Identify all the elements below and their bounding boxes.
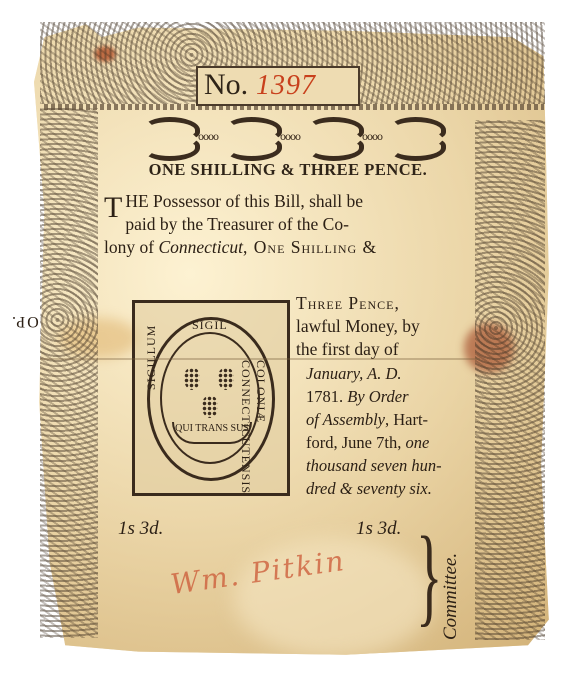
seal-inner-oval: QUI TRANS SUS [160,332,260,464]
body-text: ford, June 7th, [306,433,405,452]
seal-oval: SIGIL SIGILLUM COLONIÆ CONNECTICUTENSIS … [147,317,275,481]
committee-label: Committee. [440,553,462,640]
colony-seal: SIGIL SIGILLUM COLONIÆ CONNECTICUTENSIS … [132,300,290,496]
motto-banner: QUI TRANS SUS [172,422,252,444]
value-mark-left: 1s 3d. [118,518,163,540]
body-line: lawful Money, by [296,315,476,338]
body-line: dred & seventy six. [306,477,476,500]
dots-icon: oooo [280,132,300,143]
grapevine-icon [202,396,218,418]
repair-seam [40,358,480,360]
body-line: HE Possessor of this Bill, shall be [104,190,464,213]
drop-cap: T [104,194,122,222]
denomination-title: ONE SHILLING & THREE PENCE. [108,160,468,180]
body-text: lony of [104,237,158,257]
body-text: By Order [347,387,408,406]
body-line: 1781. By Order [306,385,476,408]
serial-prefix: No. [204,68,248,102]
dots-icon: oooo [198,132,218,143]
body-line: Three Pence, [296,292,476,315]
body-text: one [405,433,429,452]
flourish-icon [140,117,194,157]
grapevine-icon [218,368,234,390]
body-line: paid by the Treasurer of the Co- [104,213,464,236]
flourish-row: oooo oooo oooo [140,114,440,160]
body-text: 1781. [306,387,347,406]
right-ornamental-border [475,120,545,640]
body-paragraph: T HE Possessor of this Bill, shall be pa… [104,190,464,259]
body-line: January, A. D. [306,362,476,385]
colony-name: Connecticut [158,237,243,257]
body-line: thousand seven hun- [306,454,476,477]
dots-icon: oooo [362,132,382,143]
body-paragraph: Three Pence, lawful Money, by the first … [296,292,476,361]
body-line: ford, June 7th, one [306,431,476,454]
value-mark-right: 1s 3d. [356,518,401,540]
edge-text: OP. [10,312,39,330]
flourish-icon [222,117,276,157]
flourish-icon [304,117,358,157]
grapevine-icon [184,368,200,390]
body-line: of Assembly, Hart- [306,408,476,431]
body-text: , Hart- [385,410,428,429]
body-text: , One Shilling & [243,237,377,257]
serial-number: 1397 [256,70,316,102]
flourish-icon [386,117,440,157]
body-text: of Assembly [306,410,385,429]
body-paragraph: January, A. D. 1781. By Order of Assembl… [306,362,476,500]
serial-number-box: No. 1397 [196,66,360,106]
seal-legend-top: SIGIL [192,318,228,333]
body-line: lony of Connecticut, One Shilling & [104,236,464,259]
brace-icon: } [416,520,442,630]
left-ornamental-border [40,108,98,638]
